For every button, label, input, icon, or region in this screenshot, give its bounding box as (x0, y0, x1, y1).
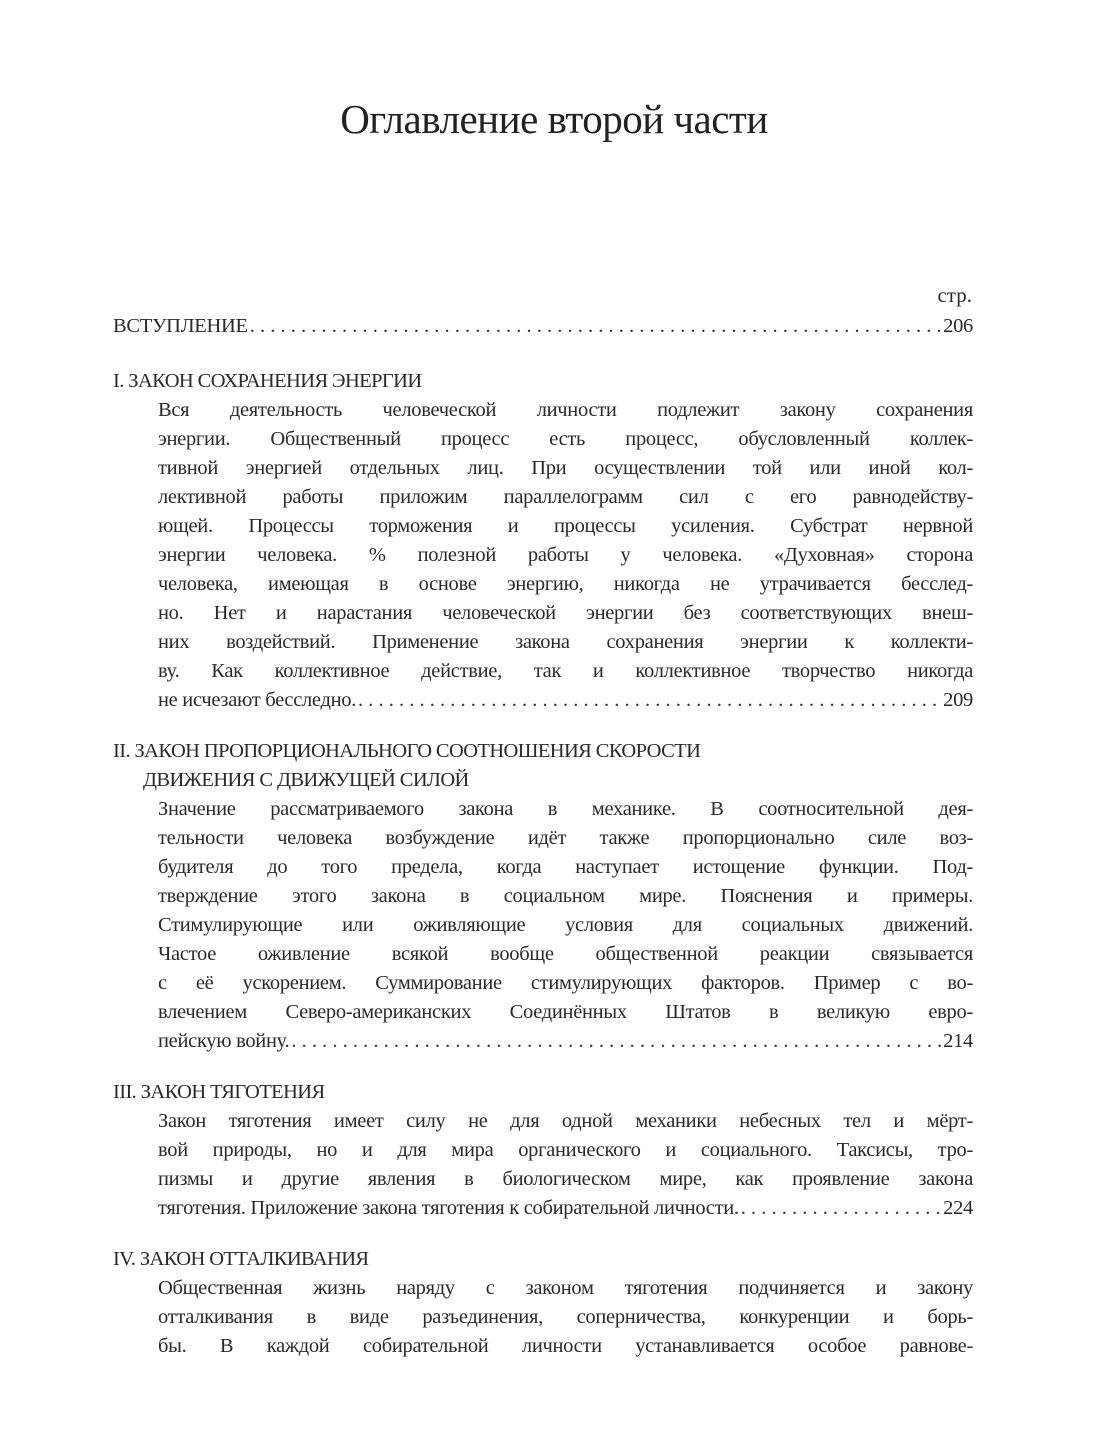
dot-leader (358, 686, 941, 715)
summary-line: тверждение этого закона в социальном мир… (158, 882, 973, 911)
toc-entry-chapter[interactable]: II. ЗАКОН ПРОПОРЦИОНАЛЬНОГО СООТНОШЕНИЯ … (113, 737, 973, 1056)
summary-line: бы. В каждой собирательной личности уста… (158, 1332, 973, 1361)
chapter-heading-line: III. ЗАКОН ТЯГОТЕНИЯ (113, 1081, 325, 1103)
summary-line: пейскую войну. (158, 1027, 289, 1056)
toc-entry-label: ВСТУПЛЕНИЕ (113, 312, 248, 341)
chapter-heading: I. ЗАКОН СОХРАНЕНИЯ ЭНЕРГИИ (113, 367, 973, 396)
summary-line: будителя до того предела, когда наступае… (158, 853, 973, 882)
toc-entry-intro[interactable]: ВСТУПЛЕНИЕ 206 (113, 312, 973, 341)
dot-leader (741, 1194, 941, 1223)
chapter-summary: Закон тяготения имеет силу не для одной … (113, 1107, 973, 1223)
toc-entry-chapter[interactable]: III. ЗАКОН ТЯГОТЕНИЯЗакон тяготения имее… (113, 1078, 973, 1223)
summary-line: энергии. Общественный процесс есть проце… (158, 425, 973, 454)
summary-line: Вся деятельность человеческой личности п… (158, 396, 973, 425)
toc-entry-chapter[interactable]: IV. ЗАКОН ОТТАЛКИВАНИЯОбщественная жизнь… (113, 1245, 973, 1361)
page-column-label: стр. (937, 283, 972, 308)
page-number: 214 (943, 1027, 973, 1056)
chapter-summary: Общественная жизнь наряду с законом тяго… (113, 1274, 973, 1361)
chapter-heading-line: I. ЗАКОН СОХРАНЕНИЯ ЭНЕРГИИ (113, 370, 422, 392)
summary-last-line: не исчезают бесследно.209 (158, 686, 973, 715)
chapter-heading-line: II. ЗАКОН ПРОПОРЦИОНАЛЬНОГО СООТНОШЕНИЯ … (113, 740, 700, 762)
table-of-contents: ВСТУПЛЕНИЕ 206 I. ЗАКОН СОХРАНЕНИЯ ЭНЕРГ… (113, 312, 973, 1383)
summary-last-line: тяготения. Приложение закона тяготения к… (158, 1194, 973, 1223)
summary-line: тивной энергией отдельных лиц. При осуще… (158, 454, 973, 483)
summary-line: вой природы, но и для мира органического… (158, 1136, 973, 1165)
summary-line: ву. Как коллективное действие, так и кол… (158, 657, 973, 686)
chapter-list: I. ЗАКОН СОХРАНЕНИЯ ЭНЕРГИИВся деятельно… (113, 367, 973, 1361)
summary-line: Стимулирующие или оживляющие условия для… (158, 911, 973, 940)
chapter-heading: IV. ЗАКОН ОТТАЛКИВАНИЯ (113, 1245, 973, 1274)
summary-line: энергии человека. % полезной работы у че… (158, 541, 973, 570)
summary-line: лективной работы приложим параллелограмм… (158, 483, 973, 512)
page-number: 209 (943, 686, 973, 715)
summary-line: Частое оживление всякой вообще обществен… (158, 940, 973, 969)
toc-entry-chapter[interactable]: I. ЗАКОН СОХРАНЕНИЯ ЭНЕРГИИВся деятельно… (113, 367, 973, 715)
summary-line: тельности человека возбуждение идёт такж… (158, 824, 973, 853)
summary-line: пизмы и другие явления в биологическом м… (158, 1165, 973, 1194)
summary-line: них воздействий. Применение закона сохра… (158, 628, 973, 657)
summary-line: человека, имеющая в основе энергию, нико… (158, 570, 973, 599)
summary-line: влечением Северо-американских Соединённы… (158, 998, 973, 1027)
dot-leader (250, 312, 941, 341)
chapter-heading: II. ЗАКОН ПРОПОРЦИОНАЛЬНОГО СООТНОШЕНИЯ … (113, 737, 973, 795)
page-title: Оглавление второй части (0, 95, 1108, 143)
summary-line: Общественная жизнь наряду с законом тяго… (158, 1274, 973, 1303)
summary-line: не исчезают бесследно. (158, 686, 356, 715)
page-number: 206 (943, 312, 973, 341)
summary-last-line: пейскую войну.214 (158, 1027, 973, 1056)
summary-line: тяготения. Приложение закона тяготения к… (158, 1194, 739, 1223)
summary-line: Значение рассматриваемого закона в механ… (158, 795, 973, 824)
summary-line: Закон тяготения имеет силу не для одной … (158, 1107, 973, 1136)
chapter-heading-line: IV. ЗАКОН ОТТАЛКИВАНИЯ (113, 1248, 369, 1270)
summary-line: ющей. Процессы торможения и процессы уси… (158, 512, 973, 541)
summary-line: но. Нет и нарастания человеческой энерги… (158, 599, 973, 628)
chapter-summary: Вся деятельность человеческой личности п… (113, 396, 973, 715)
summary-line: отталкивания в виде разъединения, соперн… (158, 1303, 973, 1332)
page-number: 224 (943, 1194, 973, 1223)
chapter-summary: Значение рассматриваемого закона в механ… (113, 795, 973, 1056)
summary-line: с её ускорением. Суммирование стимулирую… (158, 969, 973, 998)
dot-leader (291, 1027, 941, 1056)
chapter-heading-line: ДВИЖЕНИЯ С ДВИЖУЩЕЙ СИЛОЙ (113, 766, 973, 795)
chapter-heading: III. ЗАКОН ТЯГОТЕНИЯ (113, 1078, 973, 1107)
